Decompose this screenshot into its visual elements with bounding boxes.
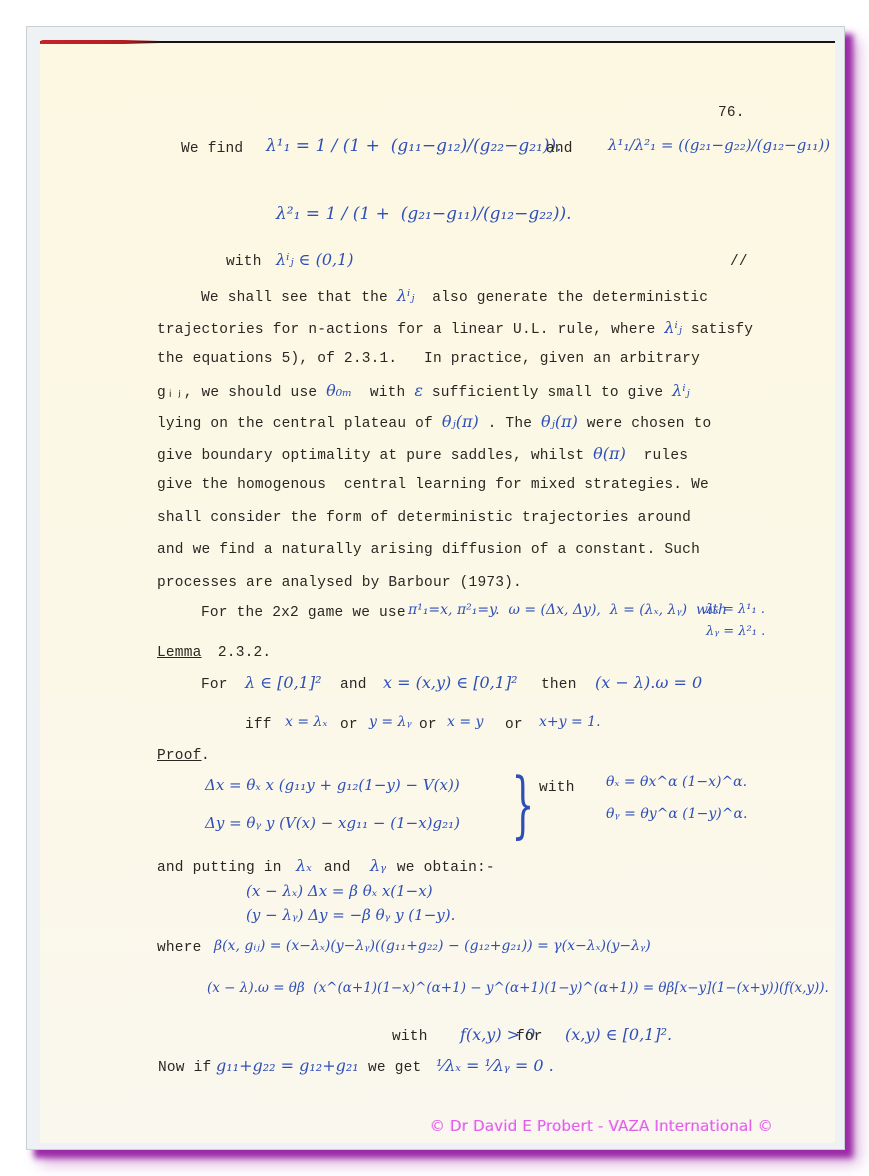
eq-obtain-x: (x − λₓ) Δx = β θₓ x(1−x) xyxy=(246,882,433,900)
eq-lambda-domain: λ ∈ [0,1]² xyxy=(245,673,322,692)
text-line: gᵢⱼ, we should use θ₀ₘ with ε sufficient… xyxy=(157,381,753,413)
eq-lambda-range: λⁱⱼ ∈ (0,1) xyxy=(276,250,354,269)
eq-lambda-ratio: λ¹₁/λ²₁ = ((g₂₁−g₂₂)/(g₁₂−g₁₁)) xyxy=(608,136,830,154)
paragraph-1: We shall see that the λⁱⱼ also generate … xyxy=(157,286,753,605)
eq-cond-3: x = y xyxy=(447,714,483,730)
copyright-watermark: © Dr David E Probert - VAZA Internationa… xyxy=(430,1117,773,1135)
text-with: with xyxy=(392,1029,428,1045)
eq-cond-4: x+y = 1. xyxy=(539,714,601,730)
eq-beta: β(x, gᵢⱼ) = (x−λₓ)(y−λᵧ)((g₁₁+g₂₂) − (g₁… xyxy=(214,938,651,954)
eq-reciprocal-zero: ¹⁄λₓ = ¹⁄λᵧ = 0 . xyxy=(436,1056,554,1075)
text-then: then xyxy=(541,677,577,693)
eq-domain: (x,y) ∈ [0,1]². xyxy=(565,1025,672,1044)
eq-delta-y: Δy = θᵧ y (V(x) − xg₁₁ − (1−x)g₂₁) xyxy=(205,814,460,832)
eq-theta-x: θₓ = θx^α (1−x)^α. xyxy=(606,774,747,790)
text-and: and xyxy=(546,141,573,157)
eq-lambda-y: λᵧ = λ²₁ . xyxy=(706,624,765,639)
text-putting-in: and putting in xyxy=(157,860,291,876)
text-we-get: we get xyxy=(368,1060,421,1076)
eq-lambda-x: λₓ = λ¹₁ . xyxy=(706,602,765,617)
brace: } xyxy=(511,768,534,840)
eq-dot-product: (x − λ).ω = θβ (x^(α+1)(1−x)^(α+1) − y^(… xyxy=(207,980,829,996)
eq-theta-y: θᵧ = θy^α (1−y)^α. xyxy=(606,806,747,822)
text-or: or xyxy=(419,717,437,733)
text-line: and we find a naturally arising diffusio… xyxy=(157,540,753,573)
end-mark: // xyxy=(730,254,748,270)
text-now-if: Now if xyxy=(158,1060,211,1076)
text-line: trajectories for n-actions for a linear … xyxy=(157,318,753,350)
text-game-intro: For the 2x2 game we use xyxy=(201,605,415,621)
eq-lambda-2-1: λ²₁ = 1 / (1 + (g₂₁−g₁₁)/(g₁₂−g₂₂)). xyxy=(276,204,572,224)
proof-dot: . xyxy=(201,748,210,764)
text-and: and xyxy=(315,860,360,876)
lemma-heading: Lemma xyxy=(157,645,202,661)
eq-cond-1: x = λₓ xyxy=(285,714,327,730)
eq-delta-x: Δx = θₓ x (g₁₁y + g₁₂(1−y) − V(x)) xyxy=(205,776,460,794)
text-for: for xyxy=(516,1029,543,1045)
text-line: We shall see that the λⁱⱼ also generate … xyxy=(201,286,797,318)
eq-lambda-y: λᵧ xyxy=(370,856,386,875)
eq-obtain-y: (y − λᵧ) Δy = −β θᵧ y (1−y). xyxy=(246,906,455,924)
eq-sum-equal: g₁₁+g₂₂ = g₁₂+g₂₁ xyxy=(216,1056,359,1075)
text-and: and xyxy=(340,677,367,693)
text-line: the equations 5), of 2.3.1. In practice,… xyxy=(157,349,753,381)
text-with: with xyxy=(226,254,262,270)
text-line: give the homogenous central learning for… xyxy=(157,475,753,508)
proof-heading: Proof xyxy=(157,748,202,764)
text-line: processes are analysed by Barbour (1973)… xyxy=(157,573,753,606)
eq-dot-product-zero: (x − λ).ω = 0 xyxy=(595,673,702,692)
text-we-find: We find xyxy=(181,141,243,157)
lemma-number: 2.3.2. xyxy=(209,645,271,661)
text-we-obtain: we obtain:- xyxy=(388,860,495,876)
text-where: where xyxy=(157,940,202,956)
text-line: lying on the central plateau of θⱼ(π) . … xyxy=(157,412,753,444)
text-line: shall consider the form of deterministic… xyxy=(157,508,753,541)
eq-lambda-1-1: λ¹₁ = 1 / (1 + (g₁₁−g₁₂)/(g₂₂−g₂₁)). xyxy=(266,136,562,156)
eq-cond-2: y = λᵧ xyxy=(369,714,412,730)
text-iff: iff xyxy=(245,717,272,733)
text-or: or xyxy=(505,717,523,733)
page-number: 76. xyxy=(718,105,745,121)
text-line: give boundary optimality at pure saddles… xyxy=(157,444,753,476)
eq-x-domain: x = (x,y) ∈ [0,1]² xyxy=(383,673,518,692)
eq-lambda-x: λₓ xyxy=(296,856,312,875)
text-or: or xyxy=(340,717,358,733)
eq-game-defs: π¹₁=x, π²₁=y. ω = (Δx, Δy), λ = (λₓ, λᵧ)… xyxy=(408,602,727,618)
text-with: with xyxy=(539,780,575,796)
text-for: For xyxy=(201,677,228,693)
